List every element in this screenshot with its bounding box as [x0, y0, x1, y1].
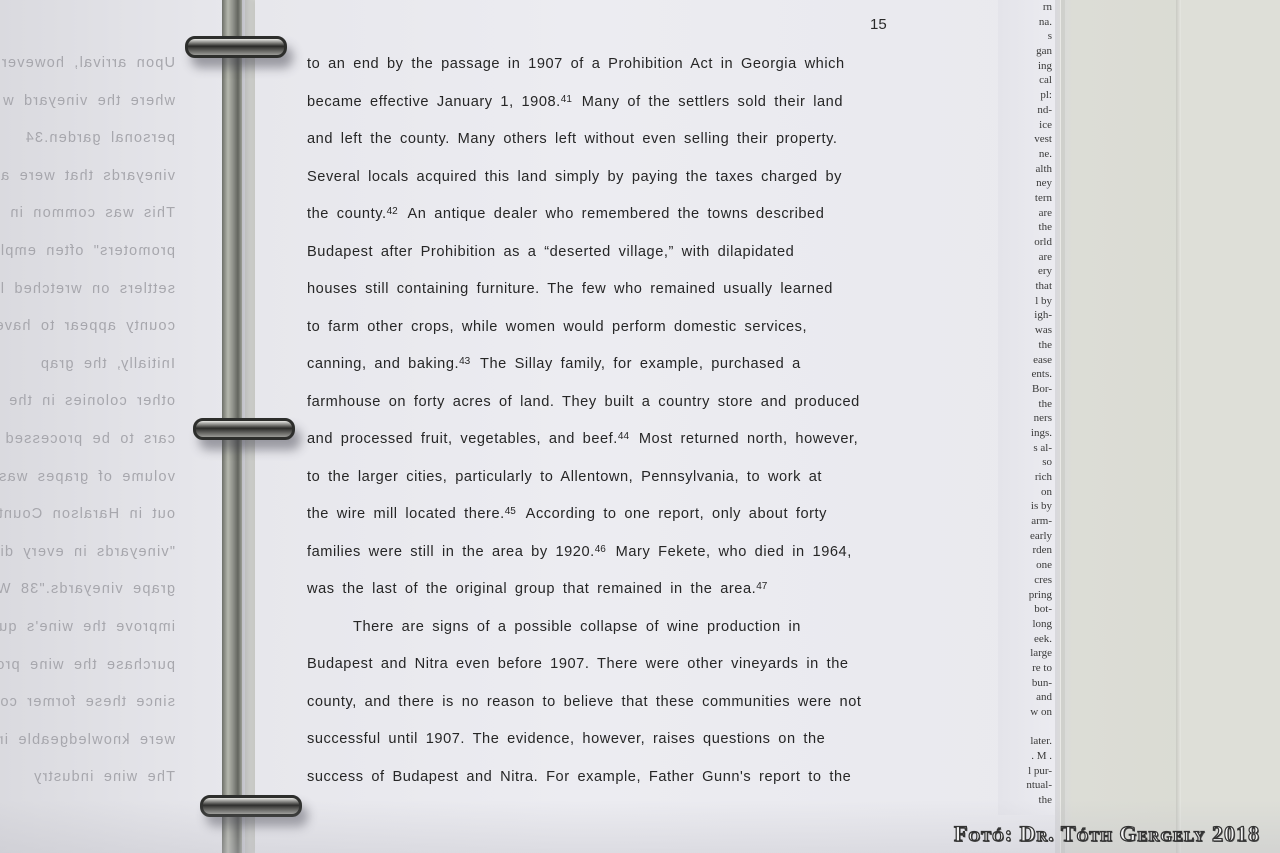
- mirrored-line: since these former coal: [0, 694, 220, 732]
- footnote-marker: 42: [387, 206, 398, 217]
- fragment-line: alth: [998, 162, 1060, 177]
- fragment-line: rn: [998, 0, 1060, 15]
- photo-scene: Upon arrival, howeverwhere the vineyard …: [0, 0, 1280, 853]
- text-line: families were still in the area by 1920.…: [307, 534, 907, 572]
- fragment-line: ings.: [998, 426, 1060, 441]
- text-line: the county.42 An antique dealer who reme…: [307, 196, 907, 234]
- page-number: 15: [870, 16, 887, 33]
- fragment-line: rden: [998, 543, 1060, 558]
- fragment-line: bot-: [998, 602, 1060, 617]
- fragment-line: is by: [998, 499, 1060, 514]
- fragment-line: arm-: [998, 514, 1060, 529]
- mirrored-line: where the vineyard w: [0, 93, 220, 131]
- fragment-line: later.: [998, 734, 1060, 749]
- fragment-line: was: [998, 323, 1060, 338]
- fragment-line: pring: [998, 588, 1060, 603]
- mirrored-line: out in Haralson County,: [0, 506, 220, 544]
- fragment-line: . M .: [998, 749, 1060, 764]
- mirrored-line: county appear to have: [0, 318, 220, 356]
- mirrored-line: vineyards that were a: [0, 168, 220, 206]
- fragment-line: orld: [998, 235, 1060, 250]
- fragment-line: the: [998, 397, 1060, 412]
- mirrored-line: "vineyards in every dire: [0, 544, 220, 582]
- fragment-line: vest: [998, 132, 1060, 147]
- body-text: to an end by the passage in 1907 of a Pr…: [307, 46, 907, 796]
- fragment-line: pl:: [998, 88, 1060, 103]
- fragment-line: large: [998, 646, 1060, 661]
- text-line: Budapest and Nitra even before 1907. The…: [307, 646, 907, 684]
- text-line: farmhouse on forty acres of land. They b…: [307, 384, 907, 422]
- fragment-line: cal: [998, 73, 1060, 88]
- mirrored-line: Upon arrival, however: [0, 55, 220, 93]
- text-line: to an end by the passage in 1907 of a Pr…: [307, 46, 907, 84]
- mirrored-line: Initially, the grap: [0, 356, 220, 394]
- text-line: and left the county. Many others left wi…: [307, 121, 907, 159]
- fragment-line: and: [998, 690, 1060, 705]
- fragment-line: cres: [998, 573, 1060, 588]
- fragment-line: ery: [998, 264, 1060, 279]
- text-line: successful until 1907. The evidence, how…: [307, 721, 907, 759]
- fragment-line: ing: [998, 59, 1060, 74]
- fragment-line: ners: [998, 411, 1060, 426]
- mirrored-line: improve the wine's qua: [0, 619, 220, 657]
- fragment-line: bun-: [998, 676, 1060, 691]
- fragment-line: early: [998, 529, 1060, 544]
- mirrored-line: volume of grapes was: [0, 469, 220, 507]
- fragment-line: are: [998, 250, 1060, 265]
- photo-credit-watermark: Fotó: Dr. Tóth Gergely 2018: [954, 821, 1260, 847]
- footnote-marker: 43: [459, 356, 470, 367]
- mirrored-line: This was common in c: [0, 205, 220, 243]
- document-page: 15 to an end by the passage in 1907 of a…: [255, 0, 1055, 853]
- footnote-marker: 46: [595, 544, 606, 555]
- fragment-line: nd-: [998, 103, 1060, 118]
- text-line: and processed fruit, vegetables, and bee…: [307, 421, 907, 459]
- text-line: Budapest after Prohibition as a “deserte…: [307, 234, 907, 272]
- fragment-line: [998, 720, 1060, 735]
- fragment-line: so: [998, 455, 1060, 470]
- fragment-line: the: [998, 338, 1060, 353]
- text-line: became effective January 1, 1908.41 Many…: [307, 84, 907, 122]
- fragment-line: ease: [998, 353, 1060, 368]
- footnote-marker: 45: [505, 506, 516, 517]
- fragment-line: ents.: [998, 367, 1060, 382]
- fragment-line: ne.: [998, 147, 1060, 162]
- fragment-line: ntual-: [998, 778, 1060, 793]
- text-line: Several locals acquired this land simply…: [307, 159, 907, 197]
- background-surface: [1181, 0, 1280, 853]
- fragment-line: the: [998, 220, 1060, 235]
- mirrored-line: cars to be processed a: [0, 431, 220, 469]
- fragment-line: on: [998, 485, 1060, 500]
- mirrored-line: settlers on wretched l: [0, 281, 220, 319]
- text-line: county, and there is no reason to believ…: [307, 684, 907, 722]
- fragment-line: na.: [998, 15, 1060, 30]
- fragment-line: ice: [998, 118, 1060, 133]
- fragment-line: Bor-: [998, 382, 1060, 397]
- text-line: canning, and baking.43 The Sillay family…: [307, 346, 907, 384]
- fragment-line: that: [998, 279, 1060, 294]
- fragment-line: long: [998, 617, 1060, 632]
- adjacent-page-fragment: rnna.sganingcalpl:nd-icevestne.althneyte…: [998, 0, 1062, 815]
- mirrored-line: purchase the wine prod: [0, 657, 220, 695]
- text-line: was the last of the original group that …: [307, 571, 907, 609]
- fragment-line: are: [998, 206, 1060, 221]
- mirrored-text: Upon arrival, howeverwhere the vineyard …: [0, 55, 220, 807]
- text-line: to farm other crops, while women would p…: [307, 309, 907, 347]
- text-line: There are signs of a possible collapse o…: [307, 609, 907, 647]
- fragment-line: l pur-: [998, 764, 1060, 779]
- fragment-line: eek.: [998, 632, 1060, 647]
- binder-ring-icon: [193, 418, 295, 440]
- fragment-line: re to: [998, 661, 1060, 676]
- mirrored-line: other colonies in the a: [0, 393, 220, 431]
- footnote-marker: 47: [756, 581, 767, 592]
- text-line: the wire mill located there.45 According…: [307, 496, 907, 534]
- fragment-line: s: [998, 29, 1060, 44]
- mirrored-line: personal garden.34: [0, 130, 220, 168]
- fragment-line: l by: [998, 294, 1060, 309]
- footnote-marker: 41: [561, 94, 572, 105]
- footnote-marker: 44: [618, 431, 629, 442]
- text-line: success of Budapest and Nitra. For examp…: [307, 759, 907, 797]
- fragment-line: w on: [998, 705, 1060, 720]
- fragment-line: ney: [998, 176, 1060, 191]
- sleeve-edge: [1060, 0, 1065, 853]
- mirrored-line: were knowledgeable in: [0, 732, 220, 770]
- mirrored-line: grape vineyards."38 W: [0, 581, 220, 619]
- fragment-line: s al-: [998, 441, 1060, 456]
- fragment-line: igh-: [998, 308, 1060, 323]
- text-line: to the larger cities, particularly to Al…: [307, 459, 907, 497]
- mirrored-line: promoters" often empl: [0, 243, 220, 281]
- fragment-line: rich: [998, 470, 1060, 485]
- binder-ring-icon: [185, 36, 287, 58]
- fragment-line: tern: [998, 191, 1060, 206]
- text-line: houses still containing furniture. The f…: [307, 271, 907, 309]
- fragment-line: gan: [998, 44, 1060, 59]
- fragment-line: one: [998, 558, 1060, 573]
